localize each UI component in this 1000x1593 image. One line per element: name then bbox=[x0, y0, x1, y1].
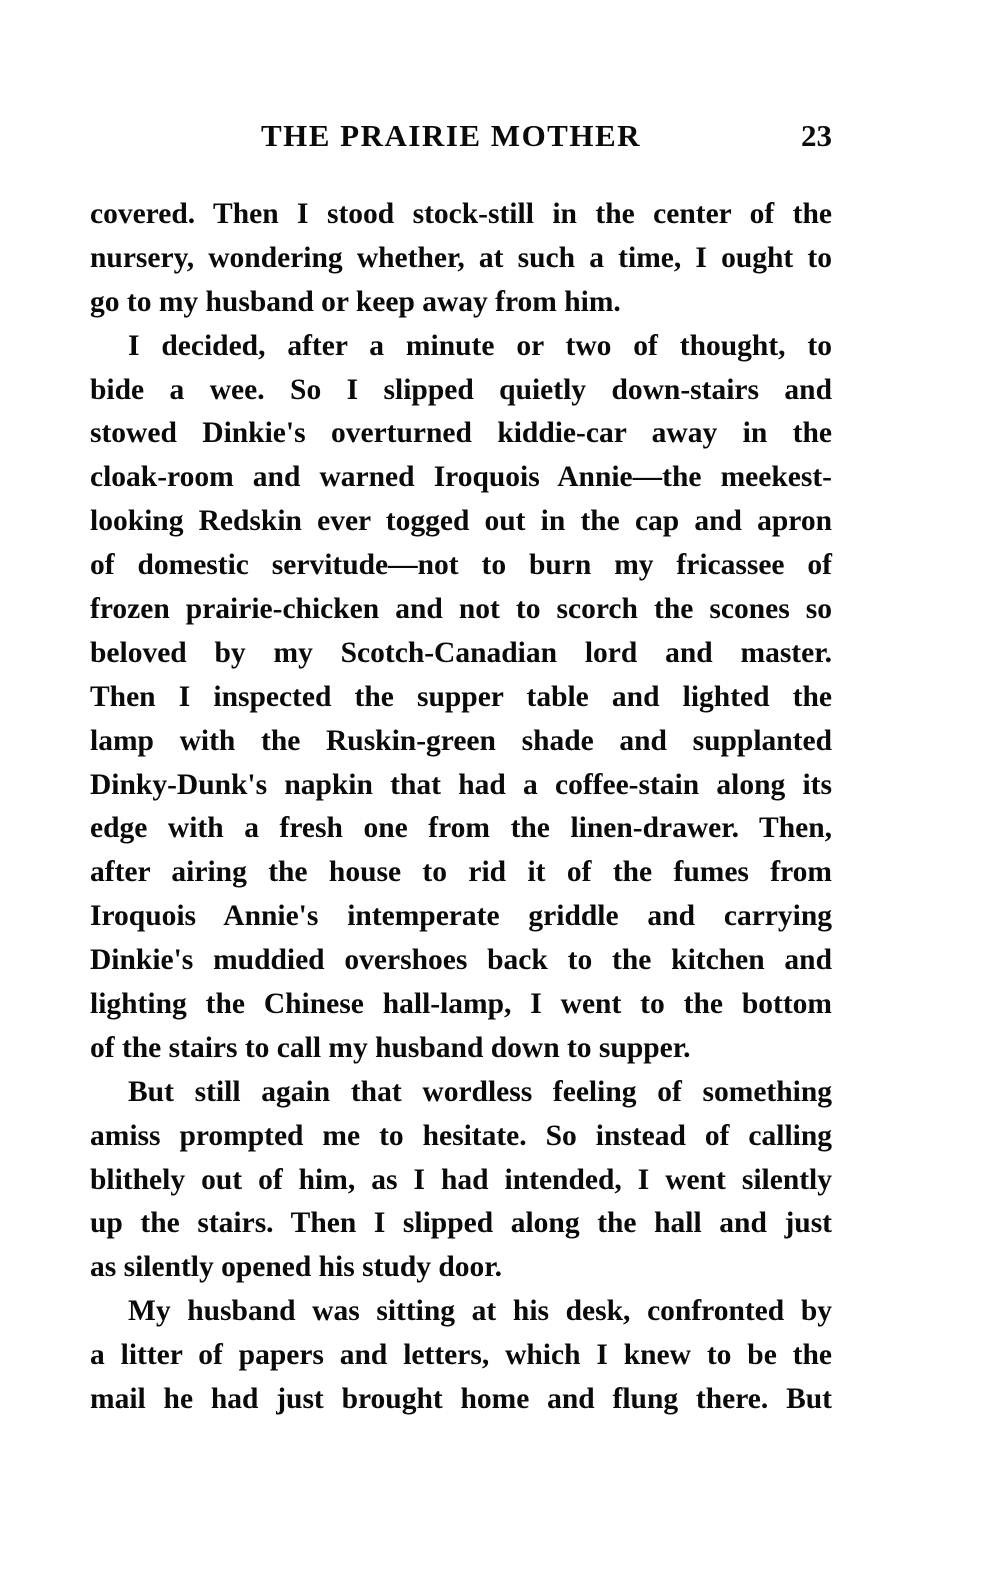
text-line: edge with a fresh one from the linen-dra… bbox=[90, 807, 832, 851]
paragraph: But still again that wordless feeling of… bbox=[90, 1071, 832, 1290]
text-line: mail he had just brought home and flung … bbox=[90, 1378, 832, 1422]
text-line: frozen prairie-chicken and not to scorch… bbox=[90, 588, 832, 632]
text-line: I decided, after a minute or two of thou… bbox=[90, 325, 832, 369]
paragraph: I decided, after a minute or two of thou… bbox=[90, 325, 832, 1071]
text-line: amiss prompted me to hesitate. So instea… bbox=[90, 1115, 832, 1159]
text-line: cloak-room and warned Iroquois Annie—the… bbox=[90, 456, 832, 500]
text-line: My husband was sitting at his desk, conf… bbox=[90, 1290, 832, 1334]
text-line: nursery, wondering whether, at such a ti… bbox=[90, 237, 832, 281]
text-line: go to my husband or keep away from him. bbox=[90, 281, 832, 325]
text-line: lighting the Chinese hall-lamp, I went t… bbox=[90, 983, 832, 1027]
text-line: blithely out of him, as I had intended, … bbox=[90, 1159, 832, 1203]
text-line: beloved by my Scotch-Canadian lord and m… bbox=[90, 632, 832, 676]
text-line: But still again that wordless feeling of… bbox=[90, 1071, 832, 1115]
paragraph: My husband was sitting at his desk, conf… bbox=[90, 1290, 832, 1422]
text-line: looking Redskin ever togged out in the c… bbox=[90, 500, 832, 544]
book-page: THE PRAIRIE MOTHER 23 covered. Then I st… bbox=[0, 0, 1000, 1593]
paragraph: covered. Then I stood stock-still in the… bbox=[90, 193, 832, 325]
running-title: THE PRAIRIE MOTHER bbox=[90, 118, 832, 154]
body-text: covered. Then I stood stock-still in the… bbox=[90, 193, 832, 1422]
text-line: of the stairs to call my husband down to… bbox=[90, 1027, 832, 1071]
text-line: lamp with the Ruskin-green shade and sup… bbox=[90, 720, 832, 764]
text-line: Then I inspected the supper table and li… bbox=[90, 676, 832, 720]
text-line: Iroquois Annie's intemperate griddle and… bbox=[90, 895, 832, 939]
text-line: Dinky-Dunk's napkin that had a coffee-st… bbox=[90, 764, 832, 808]
text-line: up the stairs. Then I slipped along the … bbox=[90, 1202, 832, 1246]
text-line: stowed Dinkie's overturned kiddie-car aw… bbox=[90, 412, 832, 456]
text-line: as silently opened his study door. bbox=[90, 1246, 832, 1290]
text-line: Dinkie's muddied overshoes back to the k… bbox=[90, 939, 832, 983]
page-number: 23 bbox=[801, 118, 832, 154]
text-line: after airing the house to rid it of the … bbox=[90, 851, 832, 895]
text-line: a litter of papers and letters, which I … bbox=[90, 1334, 832, 1378]
text-line: covered. Then I stood stock-still in the… bbox=[90, 193, 832, 237]
text-line: bide a wee. So I slipped quietly down-st… bbox=[90, 369, 832, 413]
text-line: of domestic servitude—not to burn my fri… bbox=[90, 544, 832, 588]
running-head: THE PRAIRIE MOTHER 23 bbox=[90, 118, 832, 162]
